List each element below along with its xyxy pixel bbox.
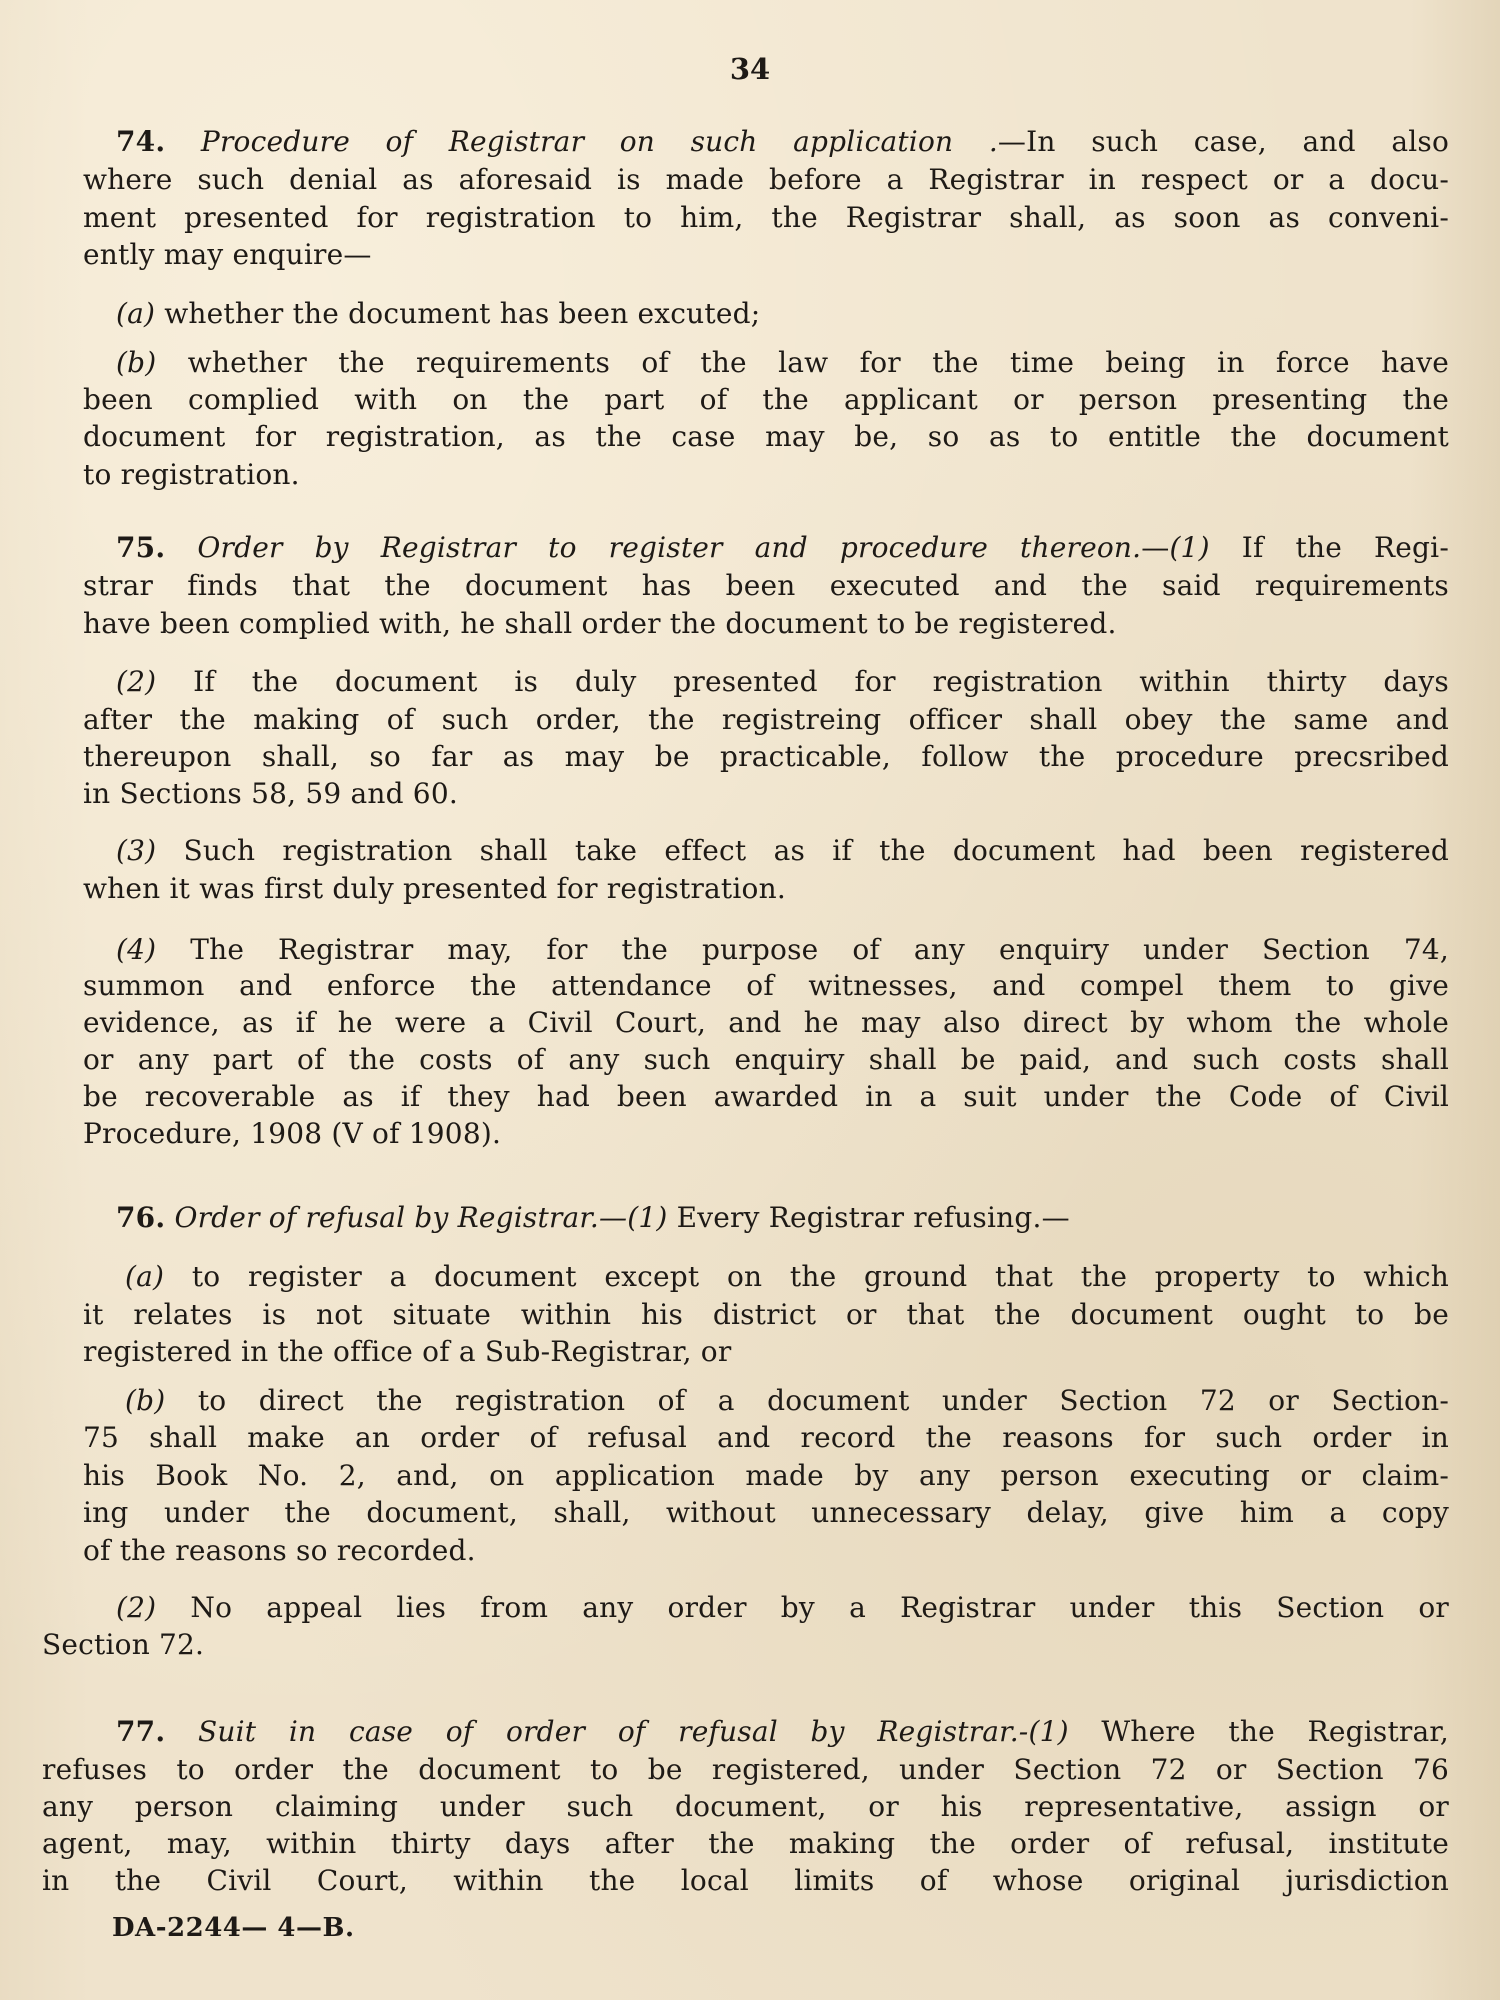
section-number: 74. xyxy=(116,125,165,158)
body-text: Every Registrar refusing.— xyxy=(677,1201,1070,1234)
body-line: in Sections 58, 59 and 60. xyxy=(83,776,1449,812)
clause-b: (b) to direct the registration of a docu… xyxy=(125,1383,1449,1419)
body-line: refuses to order the document to be regi… xyxy=(42,1752,1449,1788)
body-line: Procedure, 1908 (V of 1908). xyxy=(83,1116,1449,1152)
body-line: where such denial as aforesaid is made b… xyxy=(83,162,1449,198)
clause-label: (a) xyxy=(125,1260,164,1293)
clause-text: to direct the registration of a document… xyxy=(198,1384,1449,1417)
clause-text: whether the requirements of the law for … xyxy=(188,346,1449,379)
section-75-heading-line: 75. Order by Registrar to register and p… xyxy=(116,530,1449,566)
subsection-2: (2) No appeal lies from any order by a R… xyxy=(116,1590,1449,1626)
section-title: Procedure of Registrar on such applicati… xyxy=(201,125,998,158)
body-line: it relates is not situate within his dis… xyxy=(83,1297,1449,1333)
body-line: or any part of the costs of any such enq… xyxy=(83,1042,1449,1078)
section-number: 76. xyxy=(116,1201,165,1234)
body-line: ing under the document, shall, without u… xyxy=(83,1495,1449,1531)
clause-text: to register a document except on the gro… xyxy=(192,1260,1449,1293)
body-line: his Book No. 2, and, on application made… xyxy=(83,1458,1449,1494)
subsection-label: (1) xyxy=(1169,531,1209,564)
page-number: 34 xyxy=(0,52,1500,86)
body-line: 75 shall make an order of refusal and re… xyxy=(83,1420,1449,1456)
footer-code: DA-2244— 4—B. xyxy=(112,1913,355,1943)
body-text: —In such case, and also xyxy=(998,125,1449,158)
body-text: If the Regi- xyxy=(1242,531,1449,564)
subsection-label: -(1) xyxy=(1019,1715,1069,1748)
subsection-label: (2) xyxy=(116,665,156,698)
section-title: Order of refusal by Registrar. xyxy=(174,1201,599,1234)
body-line: ently may enquire— xyxy=(83,237,1449,273)
subsection-label: —(1) xyxy=(599,1201,667,1234)
section-number: 75. xyxy=(116,531,165,564)
section-title: Suit in case of order of refusal by Regi… xyxy=(198,1715,1019,1748)
body-line: any person claiming under such document,… xyxy=(42,1789,1449,1825)
section-74-heading-line: 74. Procedure of Registrar on such appli… xyxy=(116,124,1449,160)
body-text: No appeal lies from any order by a Regis… xyxy=(190,1591,1449,1624)
clause-text: whether the document has been excuted; xyxy=(164,297,760,330)
clause-label: (b) xyxy=(116,346,156,379)
subsection-3: (3) Such registration shall take effect … xyxy=(116,833,1449,869)
body-text: Where the Registrar, xyxy=(1101,1715,1449,1748)
body-text: Such registration shall take effect as i… xyxy=(183,834,1449,867)
section-76-heading-line: 76. Order of refusal by Registrar.—(1) E… xyxy=(116,1200,1482,1236)
body-text: The Registrar may, for the purpose of an… xyxy=(190,933,1449,966)
body-line: in the Civil Court, within the local lim… xyxy=(42,1863,1449,1899)
document-page: 34 74. Procedure of Registrar on such ap… xyxy=(0,0,1500,2000)
clause-b: (b) whether the requirements of the law … xyxy=(116,345,1449,381)
body-line: after the making of such order, the regi… xyxy=(83,702,1449,738)
section-title: Order by Registrar to register and proce… xyxy=(197,531,1141,564)
body-line: of the reasons so recorded. xyxy=(83,1533,1449,1569)
subsection-4: (4) The Registrar may, for the purpose o… xyxy=(116,932,1449,968)
body-line: when it was first duly presented for reg… xyxy=(83,871,1449,907)
body-text: If the document is duly presented for re… xyxy=(193,665,1449,698)
body-line: registered in the office of a Sub-Regist… xyxy=(83,1334,1449,1370)
subsection-label: (3) xyxy=(116,834,156,867)
body-line: ment presented for registration to him, … xyxy=(83,200,1449,236)
subsection-label: (2) xyxy=(116,1591,156,1624)
body-line: strar finds that the document has been e… xyxy=(83,568,1449,604)
body-line: to registration. xyxy=(83,457,1449,493)
clause-a: (a) to register a document except on the… xyxy=(125,1259,1449,1295)
body-line: have been complied with, he shall order … xyxy=(83,606,1449,642)
body-line: thereupon shall, so far as may be practi… xyxy=(83,739,1449,775)
clause-label: (a) xyxy=(116,297,155,330)
subsection-2: (2) If the document is duly presented fo… xyxy=(116,664,1449,700)
body-line: been complied with on the part of the ap… xyxy=(83,382,1449,418)
body-line: document for registration, as the case m… xyxy=(83,419,1449,455)
clause-a: (a) whether the document has been excute… xyxy=(116,296,1482,332)
body-line: evidence, as if he were a Civil Court, a… xyxy=(83,1005,1449,1041)
subsection-label: (4) xyxy=(116,933,156,966)
body-line: Section 72. xyxy=(42,1627,1408,1663)
clause-label: (b) xyxy=(125,1384,165,1417)
dash-text: — xyxy=(1141,531,1169,564)
body-line: agent, may, within thirty days after the… xyxy=(42,1826,1449,1862)
section-number: 77. xyxy=(116,1715,165,1748)
body-line: summon and enforce the attendance of wit… xyxy=(83,968,1449,1004)
body-line: be recoverable as if they had been award… xyxy=(83,1079,1449,1115)
section-77-heading-line: 77. Suit in case of order of refusal by … xyxy=(116,1714,1449,1750)
